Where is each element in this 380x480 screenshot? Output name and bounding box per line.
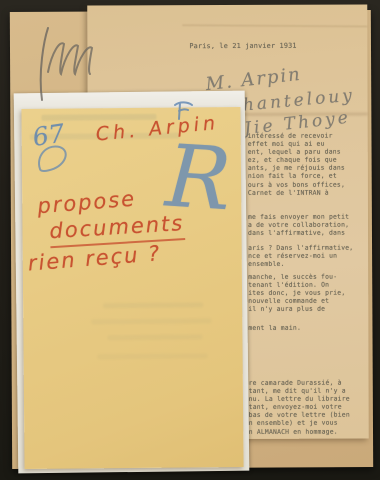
letter-paragraph-2: me fais envoyer mon petita de votre coll… — [248, 213, 370, 238]
note-line-propose: propose — [36, 187, 136, 219]
note-line-rien-recu: rien reçu ? — [27, 241, 162, 275]
typed-line: ensemble. — [248, 260, 370, 269]
note-initial-blue: R — [163, 134, 233, 224]
paper-crease — [182, 24, 367, 27]
typed-line: il n'y aura plus de — [248, 305, 370, 314]
letter-paragraph-5: re camarade Durassié, àtant, me dit qu'i… — [249, 379, 371, 436]
letter-paragraph-1: intéressé de recevoireffet moi qui ai eu… — [248, 132, 370, 197]
number-flourish-icon — [34, 138, 80, 172]
pencil-squiggle-icon — [28, 22, 120, 104]
letter-date: Paris, le 21 janvier 1931 — [189, 42, 296, 50]
letter-closing-line: ment la main. — [248, 324, 301, 332]
showthrough-line — [103, 302, 203, 308]
showthrough-line — [107, 334, 202, 340]
typed-line: n ALMANACH en hommage. — [249, 427, 371, 436]
note-line-documents: documents — [49, 211, 185, 248]
showthrough-line — [91, 318, 211, 324]
letter-paragraph-3: aris ? Dans l'affirmative,nce et réserve… — [248, 244, 370, 269]
blue-mark-icon — [172, 101, 196, 121]
letter-paragraph-4: manche, le succès fou-tenant l'édition. … — [248, 273, 370, 314]
showthrough-line — [98, 353, 208, 359]
typed-line: Carnet de l'INTRAN à — [248, 188, 370, 197]
yellow-note: 67 Ch. Arpin R propose documents rien re… — [21, 107, 243, 469]
scanned-letter-photo: Paris, le 21 janvier 1931 M. Arpin de Ch… — [0, 0, 380, 480]
typed-line: dans l'affirmative, dans — [248, 229, 370, 238]
